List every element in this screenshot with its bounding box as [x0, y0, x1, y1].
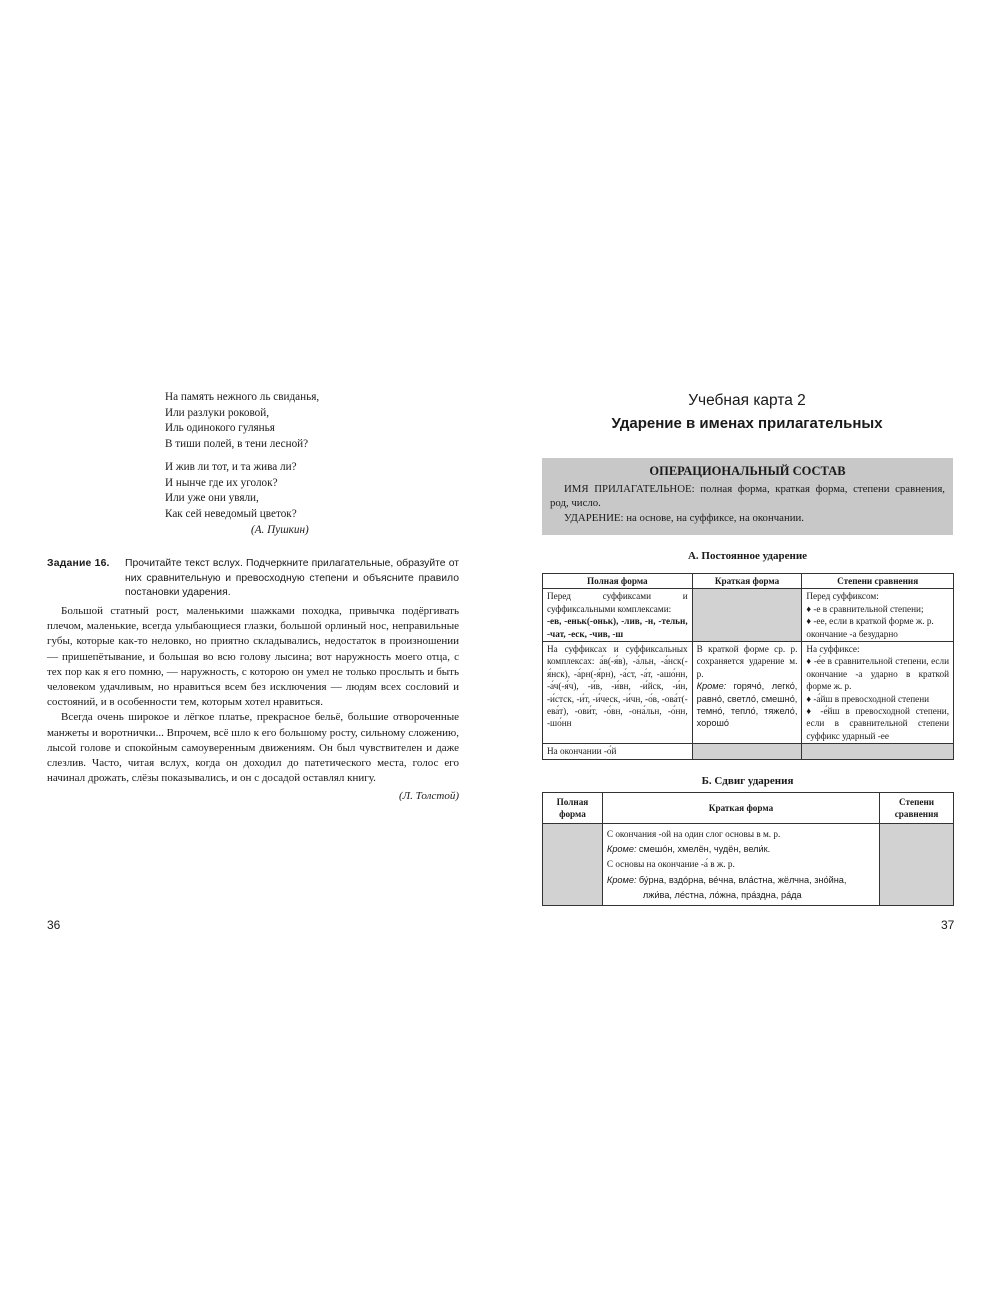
cell-full-form: На суффиксах и суффиксальных комплексах:… — [543, 642, 693, 744]
shift-rule-1: С окончания -ой на один слог основы в м.… — [607, 827, 875, 842]
operational-composition-box: ОПЕРАЦИОНАЛЬНЫЙ СОСТАВ ИМЯ ПРИЛАГАТЕЛЬНО… — [542, 458, 953, 535]
cell-empty — [692, 589, 802, 642]
table-row: На окончании -о́й — [543, 744, 954, 759]
constant-stress-table: Полная форма Краткая форма Степени сравн… — [542, 573, 954, 760]
poem-line: Как сей неведомый цветок? — [165, 507, 465, 523]
header-short-form: Краткая форма — [692, 574, 802, 589]
task-16: Задание 16. Прочитайте текст вслух. Подч… — [47, 557, 459, 601]
poem-author: (А. Пушкин) — [165, 523, 465, 539]
operational-heading: ОПЕРАЦИОНАЛЬНЫЙ СОСТАВ — [550, 464, 945, 478]
table-row: С окончания -ой на один слог основы в м.… — [543, 824, 954, 906]
card-subtitle: Ударение в именах прилагательных — [542, 415, 952, 432]
bullet-item: ♦ -а́йш в превосходной степени — [806, 693, 949, 705]
operational-line-2: УДАРЕНИЕ: на основе, на суффиксе, на око… — [550, 511, 945, 525]
cell-empty — [802, 744, 954, 759]
operational-line-1: ИМЯ ПРИЛАГАТЕЛЬНОЕ: полная форма, кратка… — [550, 482, 945, 510]
cell-intro: Перед суффиксами и суффиксальными компле… — [547, 591, 688, 613]
shift-rule-2: С основы на окончание -а́ в ж. р. — [607, 857, 875, 872]
poem-line: Иль одинокого гулянья — [165, 421, 465, 437]
section-a-title: А. Постоянное ударение — [542, 550, 953, 562]
except-label: Кроме: — [607, 875, 637, 885]
table-header-row: Полная форма Краткая форма Степени сравн… — [543, 793, 954, 824]
table-row: Перед суффиксами и суффиксальными компле… — [543, 589, 954, 642]
header-short-form: Краткая форма — [602, 793, 879, 824]
task-text: Прочитайте текст вслух. Подчеркните прил… — [125, 557, 459, 601]
except-label: Кроме: — [607, 844, 637, 854]
poem-stanza-2: И жив ли тот, и та жива ли? И нынче где … — [165, 460, 465, 522]
poem-line: В тиши полей, в тени лесной? — [165, 437, 465, 453]
header-full-form: Полная форма — [543, 793, 603, 824]
cell-intro: Перед суффиксом: — [806, 590, 949, 602]
suffix-list: -ев, -еньк(-оньк), -лив, -н, -тельн, -ча… — [547, 616, 688, 638]
table-row: На суффиксах и суффиксальных комплексах:… — [543, 642, 954, 744]
header-comparison: Степени сравнения — [802, 574, 954, 589]
prose-author: (Л. Толстой) — [47, 789, 459, 804]
stress-shift-table: Полная форма Краткая форма Степени сравн… — [542, 792, 954, 906]
header-full-form: Полная форма — [543, 574, 693, 589]
cell-short-form: С окончания -ой на один слог основы в м.… — [602, 824, 879, 906]
cell-intro: На суффиксе: — [806, 643, 949, 655]
bullet-item: ♦ -ее, если в краткой форме ж. р. оконча… — [806, 615, 949, 640]
task-label: Задание 16. — [47, 557, 125, 601]
section-b-title: Б. Сдвиг ударения — [542, 775, 953, 787]
card-title: Учебная карта 2 — [542, 392, 952, 410]
prose-paragraph-1: Большой статный рост, маленькими шажками… — [47, 604, 459, 710]
poem-line: И жив ли тот, и та жива ли? — [165, 460, 465, 476]
poem: На память нежного ль свиданья, Или разлу… — [165, 390, 465, 539]
cell-short-form: В краткой форме ср. р. сохраняется ударе… — [692, 642, 802, 744]
poem-line: Или уже они увяли, — [165, 491, 465, 507]
poem-line: И нынче где их уголок? — [165, 476, 465, 492]
poem-stanza-1: На память нежного ль свиданья, Или разлу… — [165, 390, 465, 452]
cell-full-form: На окончании -о́й — [543, 744, 693, 759]
page-number-left: 36 — [47, 918, 60, 932]
cell-comparison: На суффиксе: ♦ -е́е в сравнительной степ… — [802, 642, 954, 744]
poem-line: На память нежного ль свиданья, — [165, 390, 465, 406]
prose-excerpt: Большой статный рост, маленькими шажками… — [47, 604, 459, 805]
header-comparison: Степени сравнения — [880, 793, 954, 824]
except-label: Кроме: — [697, 681, 727, 691]
except-list: смешо́н, хмелён, чудён, вели́к. — [639, 844, 770, 854]
poem-line: Или разлуки роковой, — [165, 406, 465, 422]
cell-empty — [543, 824, 603, 906]
table-header-row: Полная форма Краткая форма Степени сравн… — [543, 574, 954, 589]
cell-empty — [880, 824, 954, 906]
cell-rule: В краткой форме ср. р. сохраняется ударе… — [697, 644, 798, 679]
cell-empty — [692, 744, 802, 759]
prose-paragraph-2: Всегда очень широкое и лёгкое платье, пр… — [47, 710, 459, 786]
shift-except-1: Кроме: смешо́н, хмелён, чудён, вели́к. — [607, 842, 875, 857]
bullet-item: ♦ -е в сравнительной степени; — [806, 603, 949, 615]
suffix-list: а́в(-я́в), -а́льн, -а́нск(-я́нск), -а́рн… — [547, 656, 688, 728]
bullet-item: ♦ -е́е в сравнительной степени, если око… — [806, 655, 949, 692]
page-number-right: 37 — [941, 918, 954, 932]
cell-full-form: Перед суффиксами и суффиксальными компле… — [543, 589, 693, 642]
bullet-item: ♦ -е́йш в превосходной степени, если в с… — [806, 705, 949, 742]
except-list: бу́рна, вздо́рна, ве́чна, вла́стна, жёлч… — [639, 875, 847, 885]
shift-except-2: Кроме: бу́рна, вздо́рна, ве́чна, вла́стн… — [607, 873, 875, 888]
cell-comparison: Перед суффиксом: ♦ -е в сравнительной ст… — [802, 589, 954, 642]
except-list-continued: лжи́ва, ле́стна, ло́жна, пра́здна, ра́да — [607, 888, 875, 903]
